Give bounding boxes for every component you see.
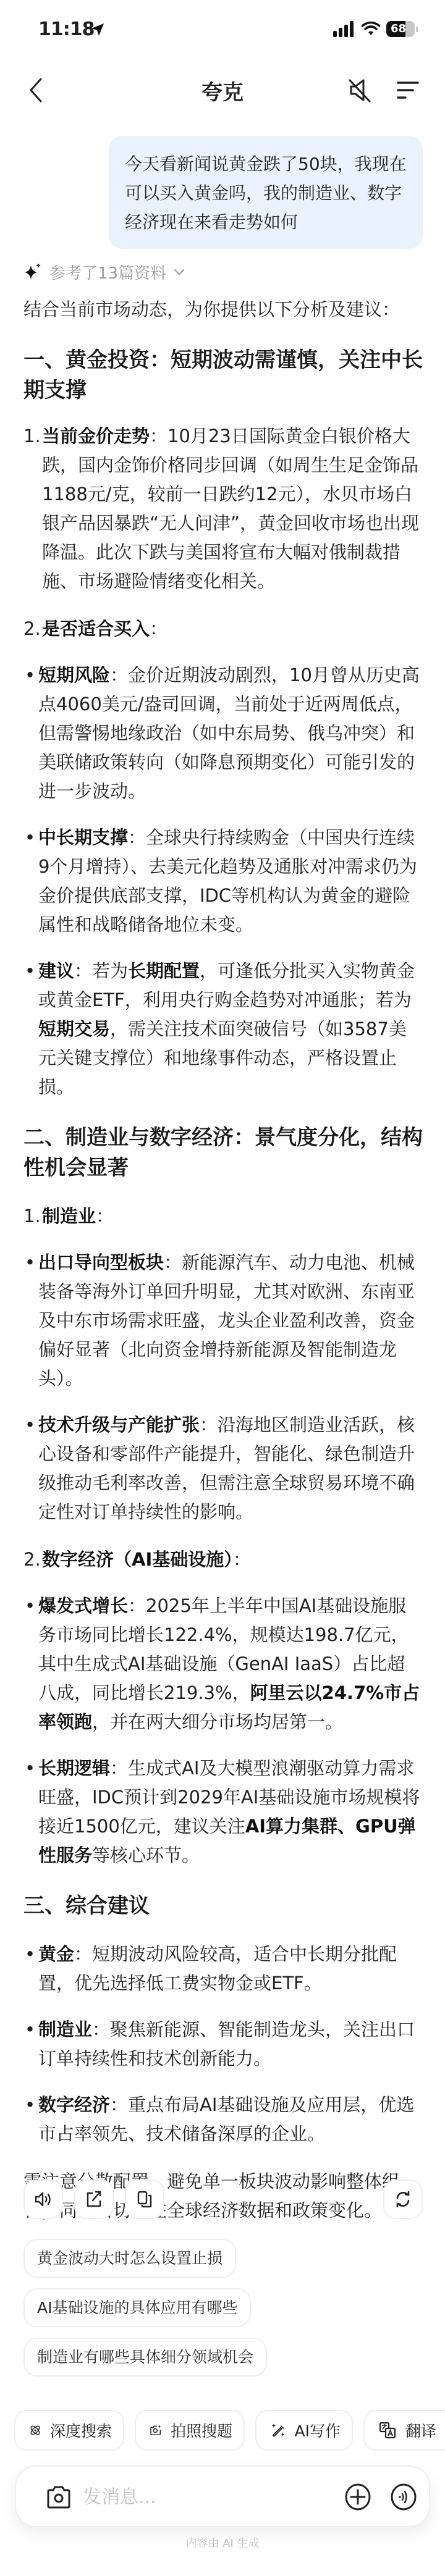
bullet-emphasis: 短期交易 [38,1018,110,1039]
bullet-dot: • [23,823,38,939]
nav-bar: 夸克 [0,68,445,111]
tool-label: 深度搜索 [50,2419,112,2441]
bullet-dot: • [23,2015,38,2073]
section-heading: 一、黄金投资：短期波动需谨慎，关注中长期支撑 [23,345,423,406]
bullet-text: 等核心环节。 [92,1845,200,1866]
bullet-item: • 爆发式增长：2025年上半年中国AI基础设施服务市场同比增长122.4%，规… [23,1592,423,1737]
voice-input-icon[interactable] [390,2483,417,2511]
translate-button[interactable]: 翻译 [363,2410,445,2451]
status-time: 11:18 [38,19,95,40]
bullet-label: 数字经济 [38,2094,110,2115]
item-number: 2. [23,615,42,644]
numbered-item: 2. 是否适合买入： [23,615,423,644]
user-message-bubble: 今天看新闻说黄金跌了50块，我现在可以买入黄金吗，我的制造业、数字经济现在来看走… [109,136,423,249]
share-button[interactable] [74,2180,114,2219]
tool-bar: 深度搜索 拍照搜题 AI写作 翻译 [14,2410,445,2451]
bullet-dot: • [23,957,38,1102]
bullet-dot: • [23,1940,38,1998]
bullet-item: • 出口导向型板块：新能源汽车、动力电池、机械装备等海外订单回升明显，尤其对欧洲… [23,1248,423,1393]
battery-level: 68 [386,22,415,35]
bullet-label: 中长期支撑 [38,827,128,848]
message-composer [15,2465,430,2527]
assistant-answer: 参考了13篇资料 结合当前市场动态，为你提供以下分析及建议： 一、黄金投资：短期… [23,258,423,2225]
ai-write-icon [270,2421,286,2440]
photo-search-button[interactable]: 拍照搜题 [135,2410,245,2451]
bullet-item: • 短期风险：金价近期波动剧烈，10月曾从历史高点4060美元/盎司回调，当前处… [23,661,423,806]
bullet-item: • 长期逻辑：生成式AI及大模型浪潮驱动算力需求旺盛，IDC预计到2029年AI… [23,1754,423,1870]
battery-indicator: 68 [386,21,415,37]
location-arrow-icon [90,22,105,37]
ai-write-button[interactable]: AI写作 [255,2410,353,2451]
regenerate-button[interactable] [383,2180,423,2219]
bullet-text: ：聚焦新能源、智能制造龙头，关注出口订单持续性和技术创新能力。 [38,2019,415,2069]
item-number: 1. [23,1202,42,1231]
bullet-label: 黄金 [38,1944,74,1965]
bullet-item: • 建议：若为长期配置，可逢低分批买入实物黄金或黄金ETF，利用央行购金趋势对冲… [23,957,423,1102]
mute-speaker-icon[interactable] [346,77,373,104]
numbered-item: 1. 当前金价走势：10月23日国际黄金白银价格大跌，国内金饰价格同步回调（如周… [23,422,423,596]
item-text: ： [233,1549,251,1570]
answer-intro: 结合当前市场动态，为你提供以下分析及建议： [23,295,423,324]
deep-search-icon [29,2421,41,2440]
bullet-item: • 数字经济：重点布局AI基础设施及应用层，优选市占率领先、技术储备深厚的企业。 [23,2091,423,2149]
translate-icon [378,2421,397,2440]
bullet-dot: • [23,1592,38,1737]
deep-search-button[interactable]: 深度搜索 [14,2410,124,2451]
bullet-label: 建议 [38,960,74,981]
suggestion-chip[interactable]: 黄金波动大时怎么设置止损 [23,2239,236,2278]
suggestion-chip[interactable]: 制造业有哪些具体细分领域机会 [23,2338,267,2377]
item-label: 制造业 [42,1206,96,1227]
bullet-emphasis: 长期配置 [128,960,200,981]
item-number: 2. [23,1545,42,1574]
copy-icon [135,2189,155,2209]
read-aloud-button[interactable] [23,2180,63,2219]
bullet-label: 技术升级与产能扩张 [38,1414,200,1435]
bullet-text: ，并在两大细分市场均居第一。 [92,1711,343,1732]
plus-circle-icon[interactable] [344,2483,371,2511]
suggested-questions: 黄金波动大时怎么设置止损 AI基础设施的具体应用有哪些 制造业有哪些具体细分领域… [23,2239,267,2387]
numbered-item: 1. 制造业： [23,1202,423,1231]
suggestion-chip[interactable]: AI基础设施的具体应用有哪些 [23,2288,251,2327]
bullet-item: • 制造业：聚焦新能源、智能制造龙头，关注出口订单持续性和技术创新能力。 [23,2015,423,2073]
bullet-dot: • [23,2091,38,2149]
bullet-label: 制造业 [38,2019,92,2040]
speaker-icon [33,2189,53,2209]
wifi-icon [362,22,380,36]
bullet-dot: • [23,1754,38,1870]
bullet-text: ：若为 [74,960,128,981]
ai-generated-note: 内容由 AI 生成 [0,2535,445,2551]
references-toggle[interactable]: 参考了13篇资料 [23,258,423,285]
bullet-label: 长期逻辑 [38,1758,110,1779]
item-text: ：10月23日国际黄金白银价格大跌，国内金饰价格同步回调（如周生生足金饰品118… [42,426,419,592]
page-title: 夸克 [0,75,445,106]
regenerate-icon [393,2189,413,2209]
cellular-signal-icon [333,21,355,37]
tool-label: AI写作 [295,2419,341,2441]
status-icons: 68 [333,21,418,37]
item-text: ： [150,618,167,639]
bullet-text: ：短期波动风险较高，适合中长期分批配置，优先选择低工费实物金或ETF。 [38,1944,397,1994]
bullet-dot: • [23,661,38,806]
tool-label: 拍照搜题 [171,2419,232,2441]
share-icon [84,2189,104,2209]
references-label: 参考了13篇资料 [49,261,166,283]
item-number: 1. [23,422,42,596]
bullet-item: • 黄金：短期波动风险较高，适合中长期分批配置，优先选择低工费实物金或ETF。 [23,1940,423,1998]
bullet-dot: • [23,1248,38,1393]
battery-nub [416,27,418,32]
item-label: 是否适合买入 [42,618,150,639]
bullet-item: • 技术升级与产能扩张：沿海地区制造业活跃，核心设备和零部件产能提升，智能化、绿… [23,1411,423,1527]
section-heading: 二、制造业与数字经济：景气度分化，结构性机会显著 [23,1123,423,1183]
status-bar: 11:18 68 [0,0,445,62]
item-text: ： [96,1206,114,1227]
menu-lines-icon[interactable] [396,78,420,103]
camera-icon[interactable] [46,2484,72,2510]
section-heading: 三、综合建议 [23,1891,423,1921]
item-label: 当前金价走势 [42,426,150,447]
photo-search-icon [150,2421,162,2440]
bullet-label: 短期风险 [38,665,110,686]
tool-label: 翻译 [405,2419,436,2441]
bullet-label: 出口导向型板块 [38,1252,164,1273]
chevron-down-icon [172,265,186,279]
message-input[interactable] [83,2483,330,2511]
item-label: 数字经济（AI基础设施） [42,1549,233,1570]
sparkle-icon [23,262,42,281]
message-actions [23,2180,423,2219]
bullet-label: 爆发式增长 [38,1595,128,1616]
numbered-item: 2. 数字经济（AI基础设施）： [23,1545,423,1574]
copy-button[interactable] [125,2180,164,2219]
bullet-item: • 中长期支撑：全球央行持续购金（中国央行连续9个月增持）、去美元化趋势及通胀对… [23,823,423,939]
bullet-dot: • [23,1411,38,1527]
